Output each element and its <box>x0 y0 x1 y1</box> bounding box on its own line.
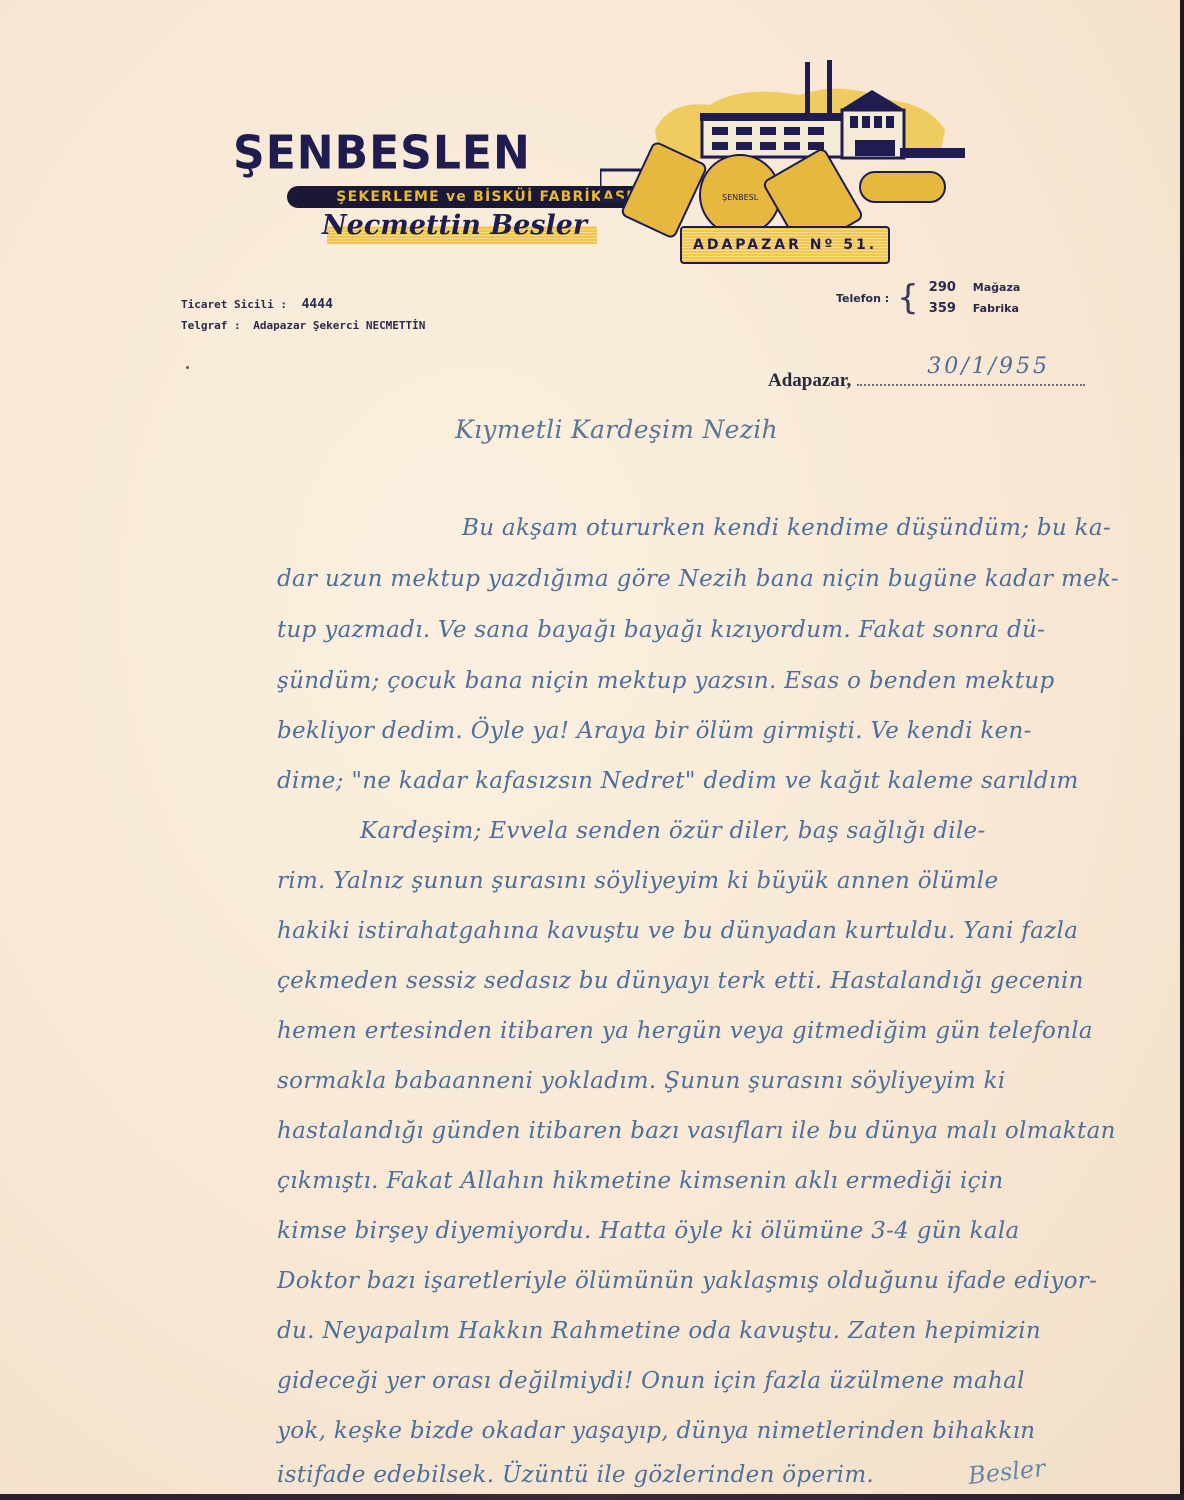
letter-line: Bu akşam otururken kendi kendime düşündü… <box>462 515 1111 541</box>
trade-registry-label: Ticaret Sicili : <box>181 298 287 311</box>
letter-line: du. Neyapalım Hakkın Rahmetine oda kavuş… <box>277 1318 1041 1344</box>
owner-name: Necmettin Besler <box>322 210 587 241</box>
letter-line: Kardeşim; Evvela senden özür diler, baş … <box>360 818 986 844</box>
letter-line: gideceği yer orası değilmiydi! Onun için… <box>277 1368 1025 1394</box>
date-value: 30/1/955 <box>927 354 1050 379</box>
letter-line: hakiki istirahatgahına kavuştu ve bu dün… <box>277 918 1078 944</box>
letter-line: hastalandığı günden itibaren bazı vasıfl… <box>277 1118 1116 1144</box>
phone-number: 290 <box>929 280 959 295</box>
scan-edge-bottom <box>0 1494 1184 1500</box>
phone-entry: 359 Fabrika <box>929 301 1021 316</box>
phone-block: Telefon : { 290 Mağaza 359 Fabrika <box>836 280 1020 316</box>
telegraph-label: Telgraf : <box>181 319 241 332</box>
address-box: ADAPAZAR Nº 51. <box>680 226 890 264</box>
telegraph-value: Adapazar Şekerci NECMETTİN <box>253 319 425 332</box>
phone-entry: 290 Mağaza <box>929 280 1021 295</box>
scan-edge-right <box>1180 0 1184 1500</box>
brace-icon: { <box>897 281 919 315</box>
letter-line: Doktor bazı işaretleriyle ölümünün yakla… <box>277 1268 1097 1294</box>
letter-line: sormakla babaanneni yokladım. Şunun şura… <box>277 1068 1006 1094</box>
phone-label: Telefon : <box>836 292 889 305</box>
trade-registry-value: 4444 <box>302 297 333 312</box>
letter-line: istifade edebilsek. Üzüntü ile gözlerind… <box>277 1462 874 1488</box>
phone-number: 359 <box>929 301 959 316</box>
letter-line: dar uzun mektup yazdığıma göre Nezih ban… <box>277 566 1119 592</box>
phone-location: Mağaza <box>973 281 1021 294</box>
letter-line: çekmeden sessiz sedasız bu dünyayı terk … <box>277 968 1084 994</box>
phone-location: Fabrika <box>973 302 1019 315</box>
letter-line: hemen ertesinden itibaren ya hergün veya… <box>277 1018 1093 1044</box>
paper-speck <box>186 366 189 369</box>
letter-line: rim. Yalnız şunun şurasını söyliyeyim ki… <box>277 868 998 894</box>
tagline: ŞEKERLEME ve BİSKÜİ FABRİKASI <box>336 189 632 205</box>
brand-name: ŞENBESLEN <box>233 127 531 181</box>
letter-line: yok, keşke bizde okadar yaşayıp, dünya n… <box>277 1418 1035 1444</box>
telegraph: Telgraf : Adapazar Şekerci NECMETTİN <box>181 319 425 332</box>
date-place: Adapazar, <box>768 370 851 392</box>
letter-line: bekliyor dedim. Öyle ya! Araya bir ölüm … <box>277 718 1032 744</box>
svg-text:ŞENBESL: ŞENBESL <box>722 193 759 202</box>
letter-line: tup yazmadı. Ve sana bayağı bayağı kızıy… <box>277 617 1045 643</box>
date-field: 30/1/955 <box>857 366 1085 386</box>
letter-line: çıkmıştı. Fakat Allahın hikmetine kimsen… <box>277 1168 1004 1194</box>
salutation: Kıymetli Kardeşim Nezih <box>455 415 778 444</box>
letter-line: şündüm; çocuk bana niçin mektup yazsın. … <box>277 668 1055 694</box>
trade-registry: Ticaret Sicili : 4444 <box>181 297 333 312</box>
date-line: Adapazar, 30/1/955 <box>768 366 1085 392</box>
address-text: ADAPAZAR Nº 51. <box>693 237 877 253</box>
letter-line: kimse birşey diyemiyordu. Hatta öyle ki … <box>277 1218 1020 1244</box>
letter-line: dime; "ne kadar kafasızsın Nedret" dedim… <box>277 768 1079 794</box>
